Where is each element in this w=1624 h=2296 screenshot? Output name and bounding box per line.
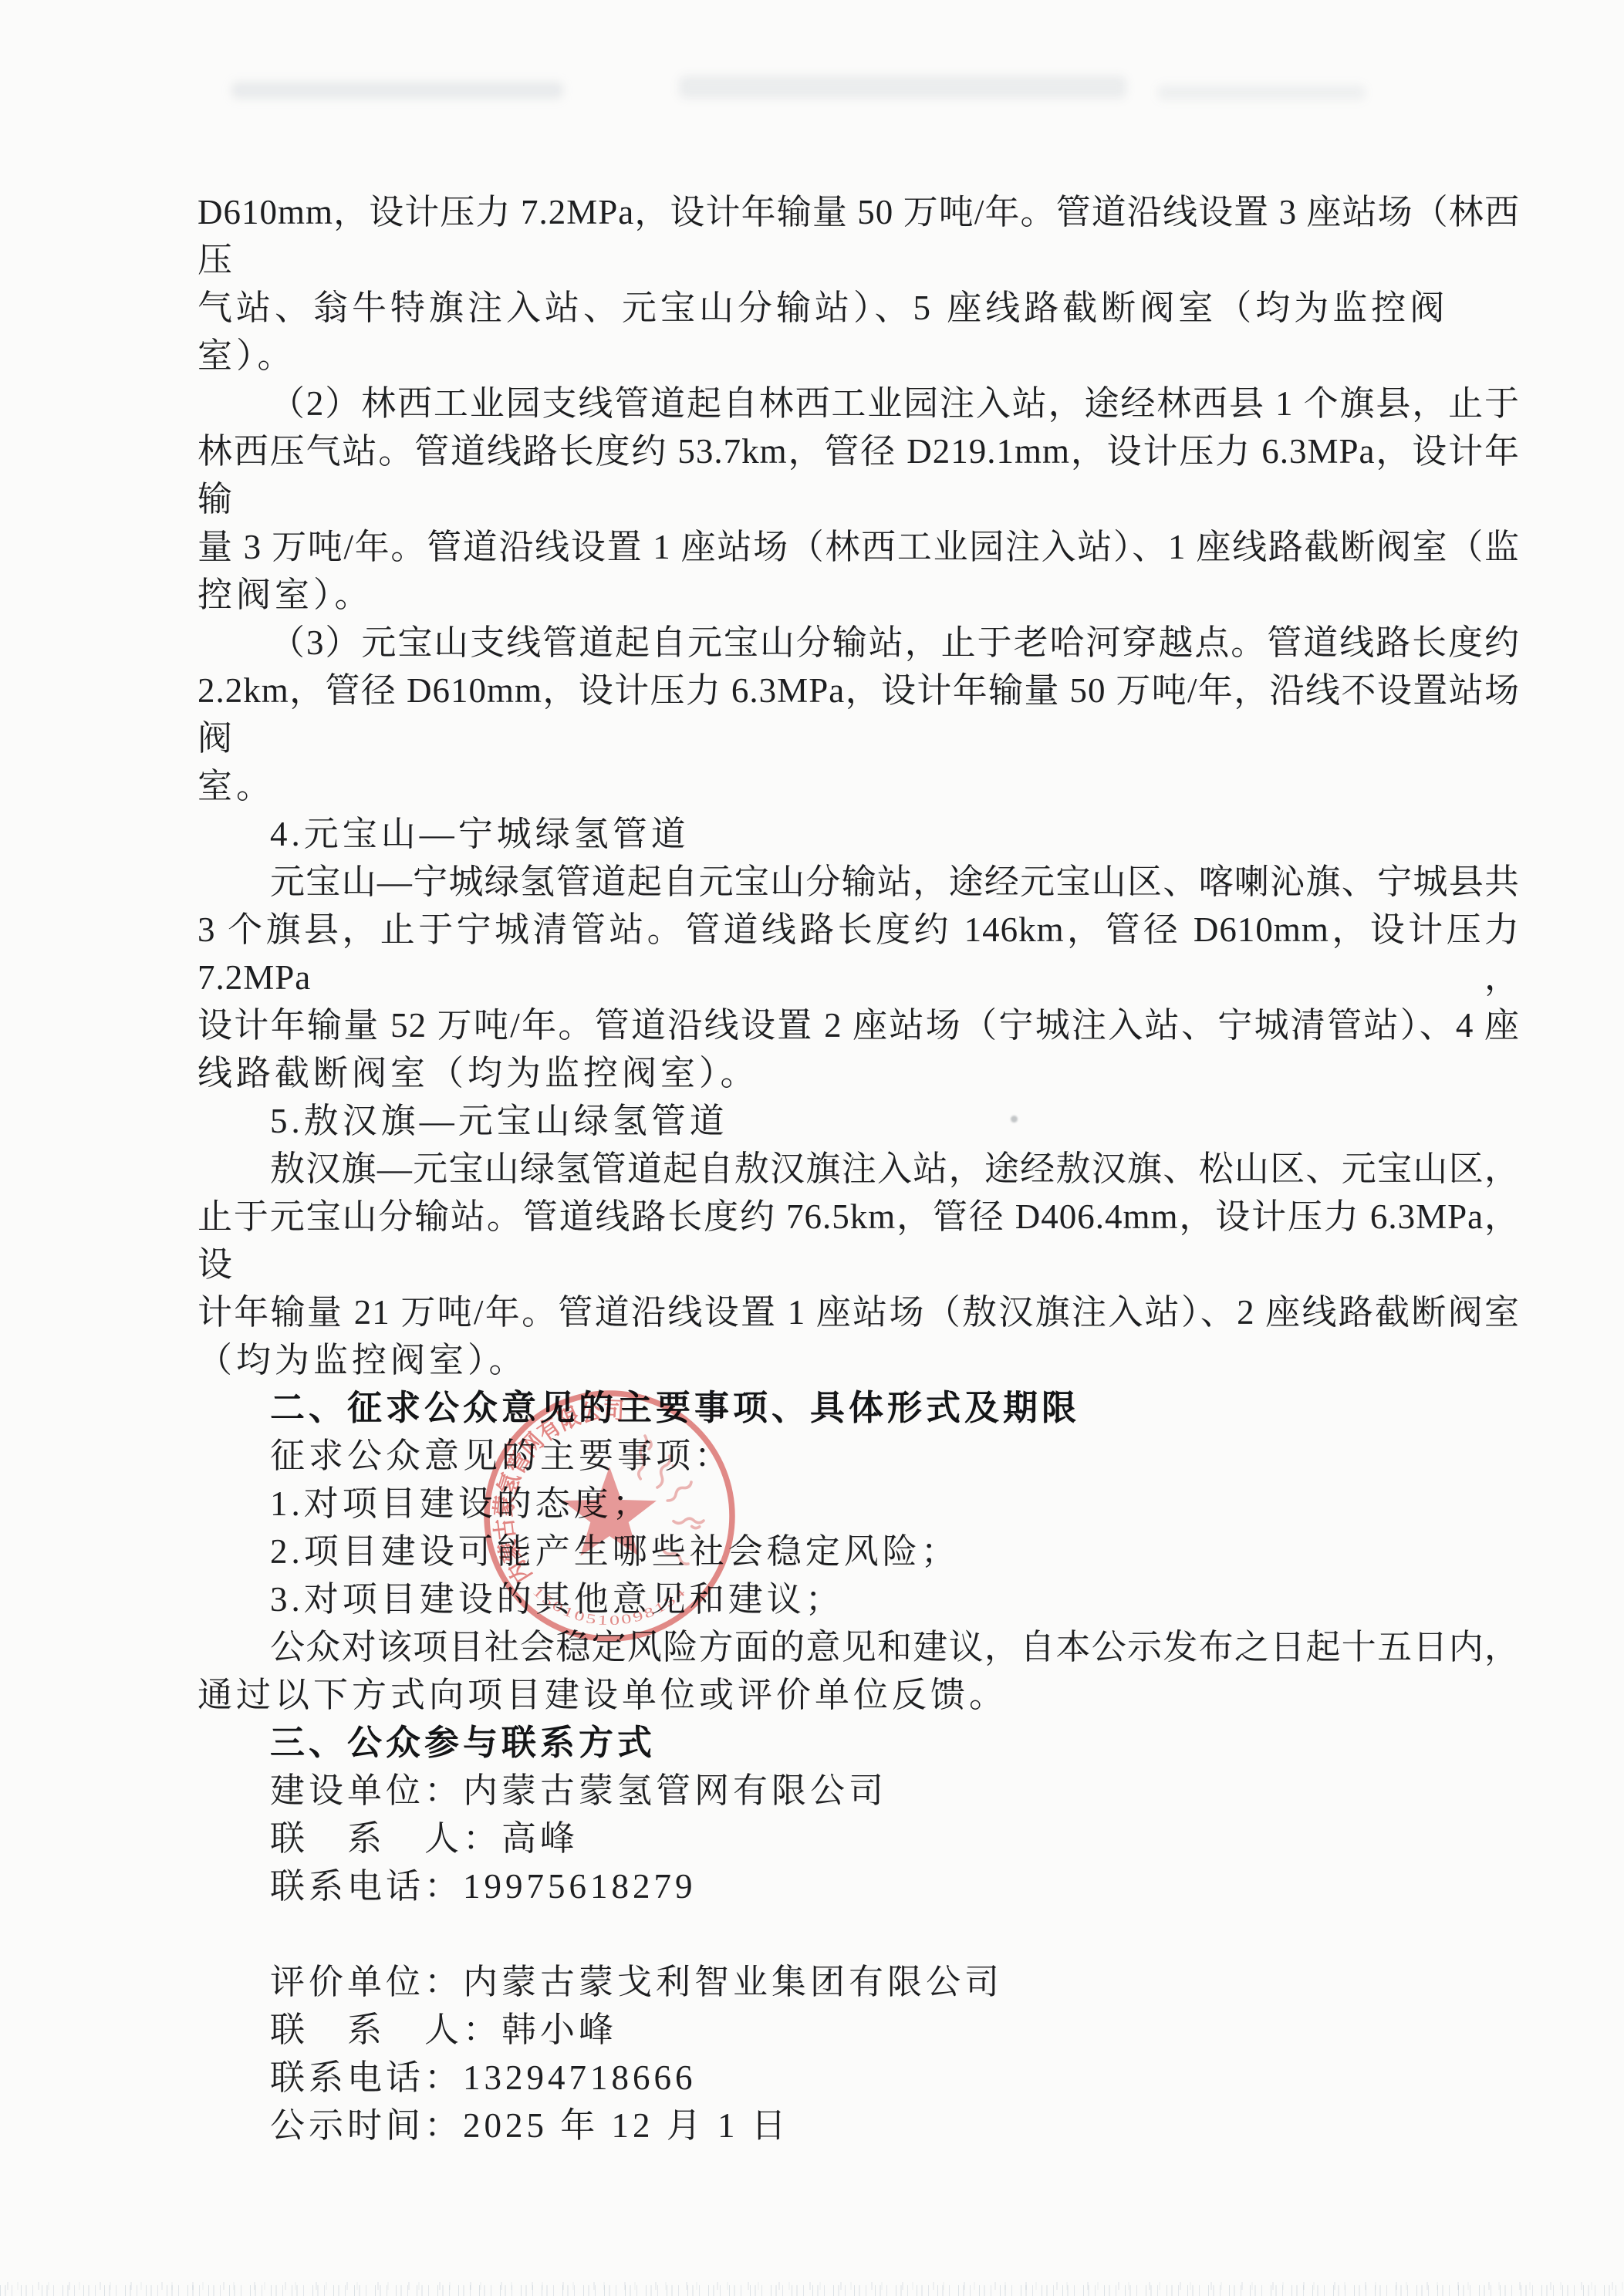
doc-line: 计年输量 21 万吨/年。管道沿线设置 1 座站场（敖汉旗注入站）、2 座线路截… [198, 1288, 1520, 1336]
scan-edge-noise [0, 2282, 1624, 2290]
contact-person-line: 联 系 人：高峰 [198, 1815, 1520, 1862]
publicity-date-line: 公示时间：2025 年 12 月 1 日 [198, 2102, 1520, 2149]
doc-line: （均为监控阀室）。 [198, 1336, 1520, 1384]
doc-line: 3 个旗县，止于宁城清管站。管道线路长度约 146km，管径 D610mm，设计… [198, 906, 1520, 1001]
doc-line: 控阀室）。 [198, 571, 1520, 619]
construction-unit-line: 建设单位：内蒙古蒙氢管网有限公司 [198, 1767, 1520, 1815]
doc-line: D610mm，设计压力 7.2MPa，设计年输量 50 万吨/年。管道沿线设置 … [198, 188, 1520, 284]
doc-line: 4.元宝山—宁城绿氢管道 [198, 810, 1520, 858]
doc-line: 2.项目建设可能产生哪些社会稳定风险； [198, 1528, 1520, 1575]
section-heading: 三、公众参与联系方式 [198, 1719, 1520, 1767]
doc-line: 室。 [198, 762, 1520, 810]
scan-artifact [679, 76, 1126, 99]
scan-artifact [231, 82, 563, 99]
doc-line: 量 3 万吨/年。管道沿线设置 1 座站场（林西工业园注入站）、1 座线路截断阀… [198, 523, 1520, 571]
doc-line: 设计年输量 52 万吨/年。管道沿线设置 2 座站场（宁城注入站、宁城清管站）、… [198, 1001, 1520, 1049]
scanned-document-page: D610mm，设计压力 7.2MPa，设计年输量 50 万吨/年。管道沿线设置 … [0, 0, 1624, 2296]
section-heading: 二、征求公众意见的主要事项、具体形式及期限 [198, 1384, 1520, 1432]
contact-person-line: 联 系 人：韩小峰 [198, 2006, 1520, 2054]
doc-line: 1.对项目建设的态度； [198, 1480, 1520, 1528]
doc-line: 线路截断阀室（均为监控阀室）。 [198, 1049, 1520, 1097]
doc-line: 5.敖汉旗—元宝山绿氢管道 [198, 1097, 1520, 1145]
doc-line: 止于元宝山分输站。管道线路长度约 76.5km，管径 D406.4mm，设计压力… [198, 1193, 1520, 1288]
doc-line: 敖汉旗—元宝山绿氢管道起自敖汉旗注入站，途经敖汉旗、松山区、元宝山区， [198, 1145, 1520, 1193]
doc-line: 气站、翁牛特旗注入站、元宝山分输站）、5 座线路截断阀室（均为监控阀室）。 [198, 284, 1520, 380]
seal-serial: 15010510098134 [530, 1583, 690, 1628]
evaluation-unit-line: 评价单位：内蒙古蒙戈利智业集团有限公司 [198, 1958, 1520, 2006]
doc-line: 元宝山—宁城绿氢管道起自元宝山分输站，途经元宝山区、喀喇沁旗、宁城县共 [198, 858, 1520, 906]
contact-phone-line: 联系电话：19975618279 [198, 1862, 1520, 1910]
doc-line: 2.2km，管径 D610mm，设计压力 6.3MPa，设计年输量 50 万吨/… [198, 667, 1520, 762]
doc-line: 林西压气站。管道线路长度约 53.7km，管径 D219.1mm，设计压力 6.… [198, 427, 1520, 523]
doc-line: （2）林西工业园支线管道起自林西工业园注入站，途经林西县 1 个旗县，止于 [198, 380, 1520, 427]
doc-line: 公众对该项目社会稳定风险方面的意见和建议，自本公示发布之日起十五日内， [198, 1623, 1520, 1671]
blank-line [198, 1910, 1520, 1958]
doc-line: （3）元宝山支线管道起自元宝山分输站，止于老哈河穿越点。管道线路长度约 [198, 619, 1520, 667]
doc-line: 通过以下方式向项目建设单位或评价单位反馈。 [198, 1671, 1520, 1719]
doc-line: 征求公众意见的主要事项： [198, 1432, 1520, 1480]
scan-artifact [1157, 85, 1366, 100]
doc-line: 3.对项目建设的其他意见和建议； [198, 1575, 1520, 1623]
seal-star-icon [562, 1467, 657, 1556]
document-text: D610mm，设计压力 7.2MPa，设计年输量 50 万吨/年。管道沿线设置 … [198, 188, 1520, 2149]
company-seal: 内蒙古蒙氢管网有限公司 15010510098134 [478, 1385, 741, 1647]
contact-phone-line: 联系电话：13294718666 [198, 2054, 1520, 2102]
